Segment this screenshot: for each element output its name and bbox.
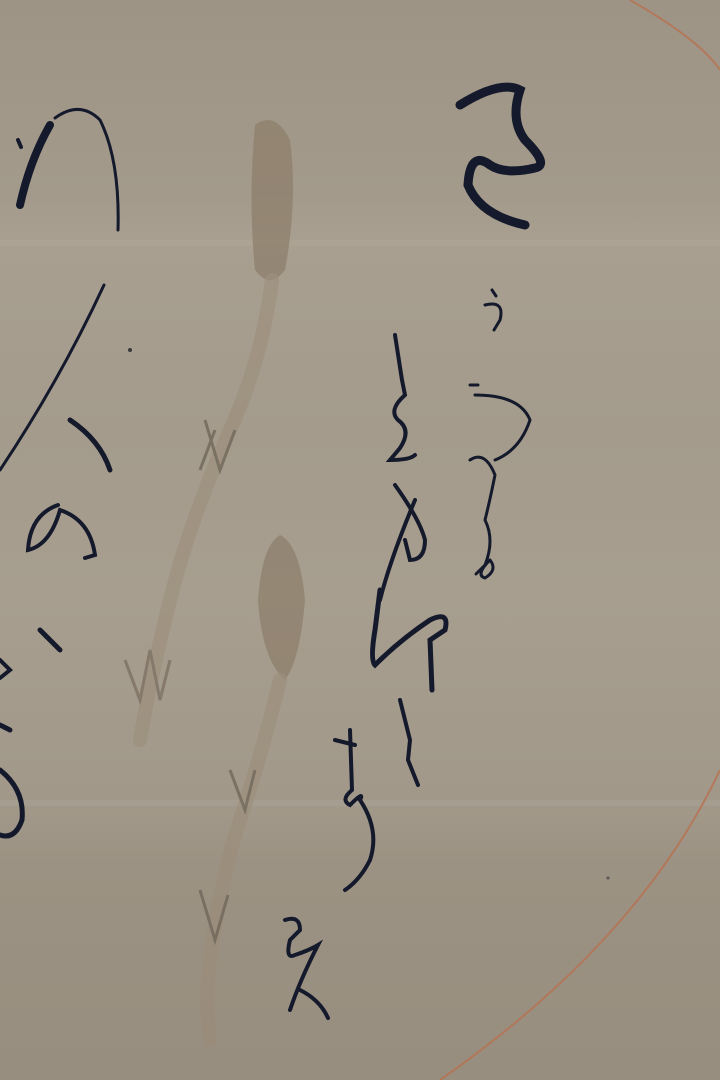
calligraphy-column-left [0, 109, 118, 836]
circular-border-arc [630, 0, 720, 70]
artwork [0, 0, 720, 1080]
horsetail-sprout-short [200, 535, 305, 1040]
ink-speck [128, 348, 132, 352]
circular-border-arc [440, 770, 720, 1080]
calligraphy-column-center [285, 335, 446, 1018]
ink-speck [607, 877, 610, 880]
painting-photo: Japanese painting with cursive kana call… [0, 0, 720, 1080]
calligraphy-column-right [460, 87, 541, 578]
